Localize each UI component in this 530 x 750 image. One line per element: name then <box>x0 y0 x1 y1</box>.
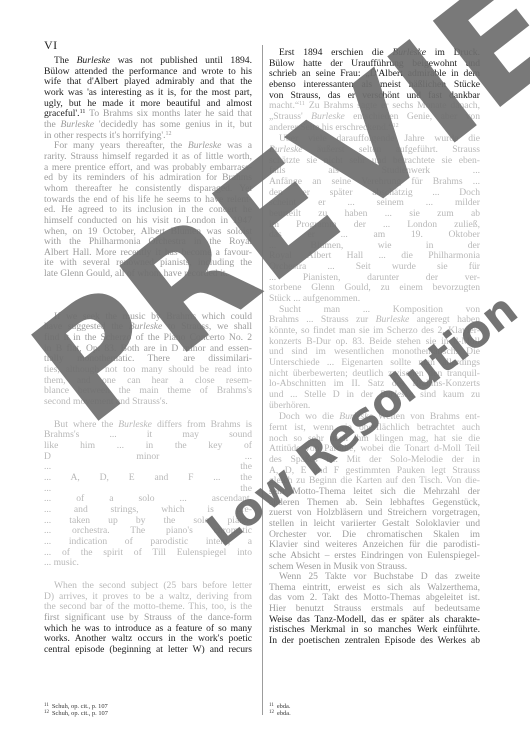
text-line: ... orchestra. The piano's chromatic <box>44 526 252 537</box>
paragraph: If we seek the music by Brahms which cou… <box>44 312 252 408</box>
text-line: lo-Abschnitten im II. Satz des Brahms-Ko… <box>269 379 480 390</box>
text-line: sche Absicht – erstes Eindringen von Eul… <box>269 551 480 562</box>
paragraph: Wenn 25 Takte vor Buchstabe D das zweite… <box>269 572 480 647</box>
text-line: sem Motto-Thema leitet sich die Mehrzahl… <box>269 487 480 498</box>
footnote-text: Schuh, op. cit., p. 107 <box>52 703 108 710</box>
text-line: works. Another waltz occurs in the work'… <box>44 634 252 645</box>
text-line: them, and one can hear a close resem- <box>44 376 252 387</box>
text-line: macht.“11 Zu Brahms sagte er sechs Monat… <box>269 101 480 112</box>
text-line: Über viele darauffolgende Jahre wurde di… <box>269 134 480 145</box>
text-line: Burleske äußerst selten aufgeführt. Stra… <box>269 145 480 156</box>
text-line: konzerts B-Dur op. 83. Beide stehen sie … <box>269 337 480 348</box>
text-line: find it in the Scherzo of the Piano Conc… <box>44 333 252 344</box>
text-line: ... Pianisten, darunter der ver- <box>269 273 480 284</box>
text-line: When the second subject (25 bars before … <box>44 581 252 592</box>
text-line: zuerst von Holzbläsern und Streichern vo… <box>269 508 480 519</box>
footnote: 12ebda. <box>269 710 291 717</box>
text-line: Klavier sind weiteres Anzeichen für die … <box>269 540 480 551</box>
paragraph: Sucht man ... Komposition von Brahms ...… <box>269 305 480 412</box>
text-line: ties, although not too many should be re… <box>44 365 252 376</box>
text-line: tially monothematic. There are dissimila… <box>44 354 252 365</box>
footnote-number: 12 <box>44 710 49 715</box>
text-line: stellen in leicht variierter Gestalt Sol… <box>269 519 480 530</box>
footnotes-left: 11Schuh, op. cit., p. 107 12Schuh, op. c… <box>44 703 108 718</box>
text-line: den er später abschätzig ... Doch <box>269 188 480 199</box>
text-line: ... A, D, E and F ... the <box>44 473 252 484</box>
text-line: For many years thereafter, the Burleske … <box>44 141 252 152</box>
text-line: Orchester vor. Die chromatischen Skalen … <box>269 530 480 541</box>
text-line: Wenn 25 Takte vor Buchstabe D das zweite <box>269 572 480 583</box>
text-line: If we seek the music by Brahms which cou… <box>44 312 252 323</box>
paragraph: But where the Burleske differs from Brah… <box>44 420 252 569</box>
text-line: the second bar of the motto-theme. This,… <box>44 602 252 613</box>
text-line: ... of the spirit of Till Eulenspiegel i… <box>44 548 252 559</box>
text-line: towards the end of his life he seems to … <box>44 195 252 206</box>
text-line: have suggested the Burleske to Strauss, … <box>44 322 252 333</box>
text-line: schem Wesen in Musik von Strauss. <box>269 562 480 573</box>
text-line: Orchestra ... Seit wurde sie für <box>269 262 480 273</box>
text-line: Doch wo die Burleske Welten von Brahms e… <box>269 412 480 423</box>
text-line: Bülow attended the performance and wrote… <box>44 67 252 78</box>
text-line: ... indication of parodistic intent, a <box>44 537 252 548</box>
text-line: Brahms's ... it may sound <box>44 430 252 441</box>
text-line: scheint er ... seinem ... milder <box>269 198 480 209</box>
text-line: the Burleske 'decidedly has some genius … <box>44 120 252 131</box>
text-line: in B flat, Op. 83. Both are in D minor a… <box>44 344 252 355</box>
text-line: ... taken up by the solo piano- <box>44 516 252 527</box>
text-line: a mere prentice effort, and was probably… <box>44 163 252 174</box>
text-line: Hier benutzt Strauss erstmals auf bedeut… <box>269 604 480 615</box>
footnote-text: ebda. <box>277 703 291 710</box>
text-line: fernt ist, wenn sie oberflächlich betrac… <box>269 423 480 434</box>
text-line: Albert Hall. More recently it has become… <box>44 248 252 259</box>
paragraph: When the second subject (25 bars before … <box>44 581 252 656</box>
text-line: blance between the main theme of Brahms'… <box>44 386 252 397</box>
text-line: das er ... am 19. Oktober <box>269 230 480 241</box>
text-line: second movement and Strauss's. <box>44 397 252 408</box>
text-line: ebenso interessanten als meist häßlichen… <box>269 80 480 91</box>
paragraph: Über viele darauffolgende Jahre wurde di… <box>269 134 480 305</box>
text-line: könnte, so findet man sie im Scherzo des… <box>269 326 480 337</box>
text-line: im Programm der ... London zuließ, <box>269 220 480 231</box>
text-line: anderen Themen ab. Sein lebhaftes Gegens… <box>269 498 480 509</box>
text-line: In der poetischen zentralen Episode des … <box>269 636 480 647</box>
footnote-number: 11 <box>269 703 274 708</box>
text-line: gleich zu Beginn die Karten auf den Tisc… <box>269 476 480 487</box>
text-line: und sind im wesentlichen monothematisch.… <box>269 347 480 358</box>
text-line: ite with several renowned pianists, incl… <box>44 258 252 269</box>
text-line: Royal Albert Hall ... die Philharmonia <box>269 251 480 262</box>
footnote-number: 11 <box>44 703 49 708</box>
column-divider <box>262 45 263 715</box>
text-line: „Strauss' Burleske entschieden Genie, ab… <box>269 112 480 123</box>
text-line: central episode (beginning at letter W) … <box>44 645 252 656</box>
text-line: rarity. Strauss himself regarded it as o… <box>44 152 252 163</box>
text-line: But where the Burleske differs from Brah… <box>44 420 252 431</box>
text-line: ed by its reminders of his admiration fo… <box>44 173 252 184</box>
text-line: work was 'as interesting as it is, for t… <box>44 88 252 99</box>
text-line: storbene Glenn Gould, zu einem bevorzugt… <box>269 283 480 294</box>
text-line: anderer Seite his erschreckend.“12 <box>269 123 480 134</box>
text-line: ... of a solo ... ascendant, <box>44 494 252 505</box>
text-line: ... and strings, which is pre- <box>44 505 252 516</box>
text-line: Stück ... aufgenommen. <box>269 294 480 305</box>
text-line: ... the <box>44 484 252 495</box>
text-line: beurteilt zu haben ... sie zum ab <box>269 209 480 220</box>
text-line: ugly, but he made it more beautiful and … <box>44 99 252 110</box>
left-column-english: The Burleske was not published until 189… <box>44 56 252 655</box>
text-line: The Burleske was not published until 189… <box>44 56 252 67</box>
footnote-number: 12 <box>269 710 274 715</box>
text-line: A, D, E und F gestimmten Pauken legt Str… <box>269 466 480 477</box>
right-column-german: Erst 1894 erschien die Burleske im Druck… <box>269 48 480 647</box>
text-line: Brahms ... Strauss zur Burleske angeregt… <box>269 315 480 326</box>
text-line: von Strauss, das er verschönt und fast d… <box>269 91 480 102</box>
text-line: Sucht man ... Komposition von <box>269 305 480 316</box>
text-line: ristisches Merkmal in so manches Werk ei… <box>269 625 480 636</box>
text-line: Weise das Tanz-Modell, das er später als… <box>269 615 480 626</box>
text-line: which he was to introduce as a feature o… <box>44 624 252 635</box>
text-line: ... the <box>44 462 252 473</box>
text-line: das vom 2. Takt des Motto-Themas abgelei… <box>269 593 480 604</box>
footnote-text: Schuh, op. cit., p. 107 <box>52 710 108 717</box>
text-line: Attitüde von Parodie, wobei die Tonart d… <box>269 444 480 455</box>
text-line: und ... Stelle D in der Burleske sind ka… <box>269 390 480 401</box>
footnote-text: ebda. <box>277 710 291 717</box>
text-line: ed. He agreed to its inclusion in the co… <box>44 205 252 216</box>
text-line: D minor ... <box>44 452 252 463</box>
text-line: late Glenn Gould, all of whom have recor… <box>44 269 252 280</box>
footnote: 12Schuh, op. cit., p. 107 <box>44 710 108 717</box>
text-line: when, on 19 October, Albert Blumen was s… <box>44 227 252 238</box>
text-line: D) arrives, it proves to be a waltz, der… <box>44 592 252 603</box>
text-line: Anfänge an seine Verehrung für Brahms ..… <box>269 177 480 188</box>
text-line: graceful'.11 To Brahms six months later … <box>44 109 252 120</box>
text-line: Erst 1894 erschien die Burleske im Druck… <box>269 48 480 59</box>
text-line: Thema eintritt, erweist es sich als Walz… <box>269 583 480 594</box>
paragraph: Erst 1894 erschien die Burleske im Druck… <box>269 48 480 133</box>
text-line: Unterschiede ... Eigenarten sollte man a… <box>269 358 480 369</box>
page-number: VI <box>44 38 58 53</box>
footnote: 11ebda. <box>269 703 291 710</box>
text-line: ... music. <box>44 558 252 569</box>
paragraph: The Burleske was not published until 189… <box>44 56 252 141</box>
text-line: wife that d'Albert played admirably and … <box>44 77 252 88</box>
text-line: schätzte sie nicht sehr und betrachtete … <box>269 156 480 167</box>
footnotes-right: 11ebda. 12ebda. <box>269 703 291 718</box>
text-line: ... Blumen, wie in der <box>269 241 480 252</box>
footnote: 11Schuh, op. cit., p. 107 <box>44 703 108 710</box>
text-line: falls als Studienwerk ... <box>269 166 480 177</box>
text-line: with the Philharmonia Orchestra in the R… <box>44 237 252 248</box>
text-line: nicht überbewerten; deutlich zwischen de… <box>269 369 480 380</box>
text-line: noch so sehr nach ihm klingen mag, hat s… <box>269 434 480 445</box>
paragraph: For many years thereafter, the Burleske … <box>44 141 252 280</box>
paragraph: Doch wo die Burleske Welten von Brahms e… <box>269 412 480 572</box>
text-line: des Spaßes ist. Mit der Solo-Melodie der… <box>269 455 480 466</box>
text-line: himself conducted on his visit to London… <box>44 216 252 227</box>
text-line: in other respects it's horrifying'.12 <box>44 131 252 142</box>
text-line: Bülow hatte der Uraufführung beigewohnt … <box>269 59 480 70</box>
text-line: schrieb an seine Frau: „D'Albert admirab… <box>269 69 480 80</box>
text-line: whom thereafter he consistently disparag… <box>44 184 252 195</box>
text-line: like him ... in the key of <box>44 441 252 452</box>
text-line: überhören. <box>269 401 480 412</box>
text-line: first significant use by Strauss of the … <box>44 613 252 624</box>
